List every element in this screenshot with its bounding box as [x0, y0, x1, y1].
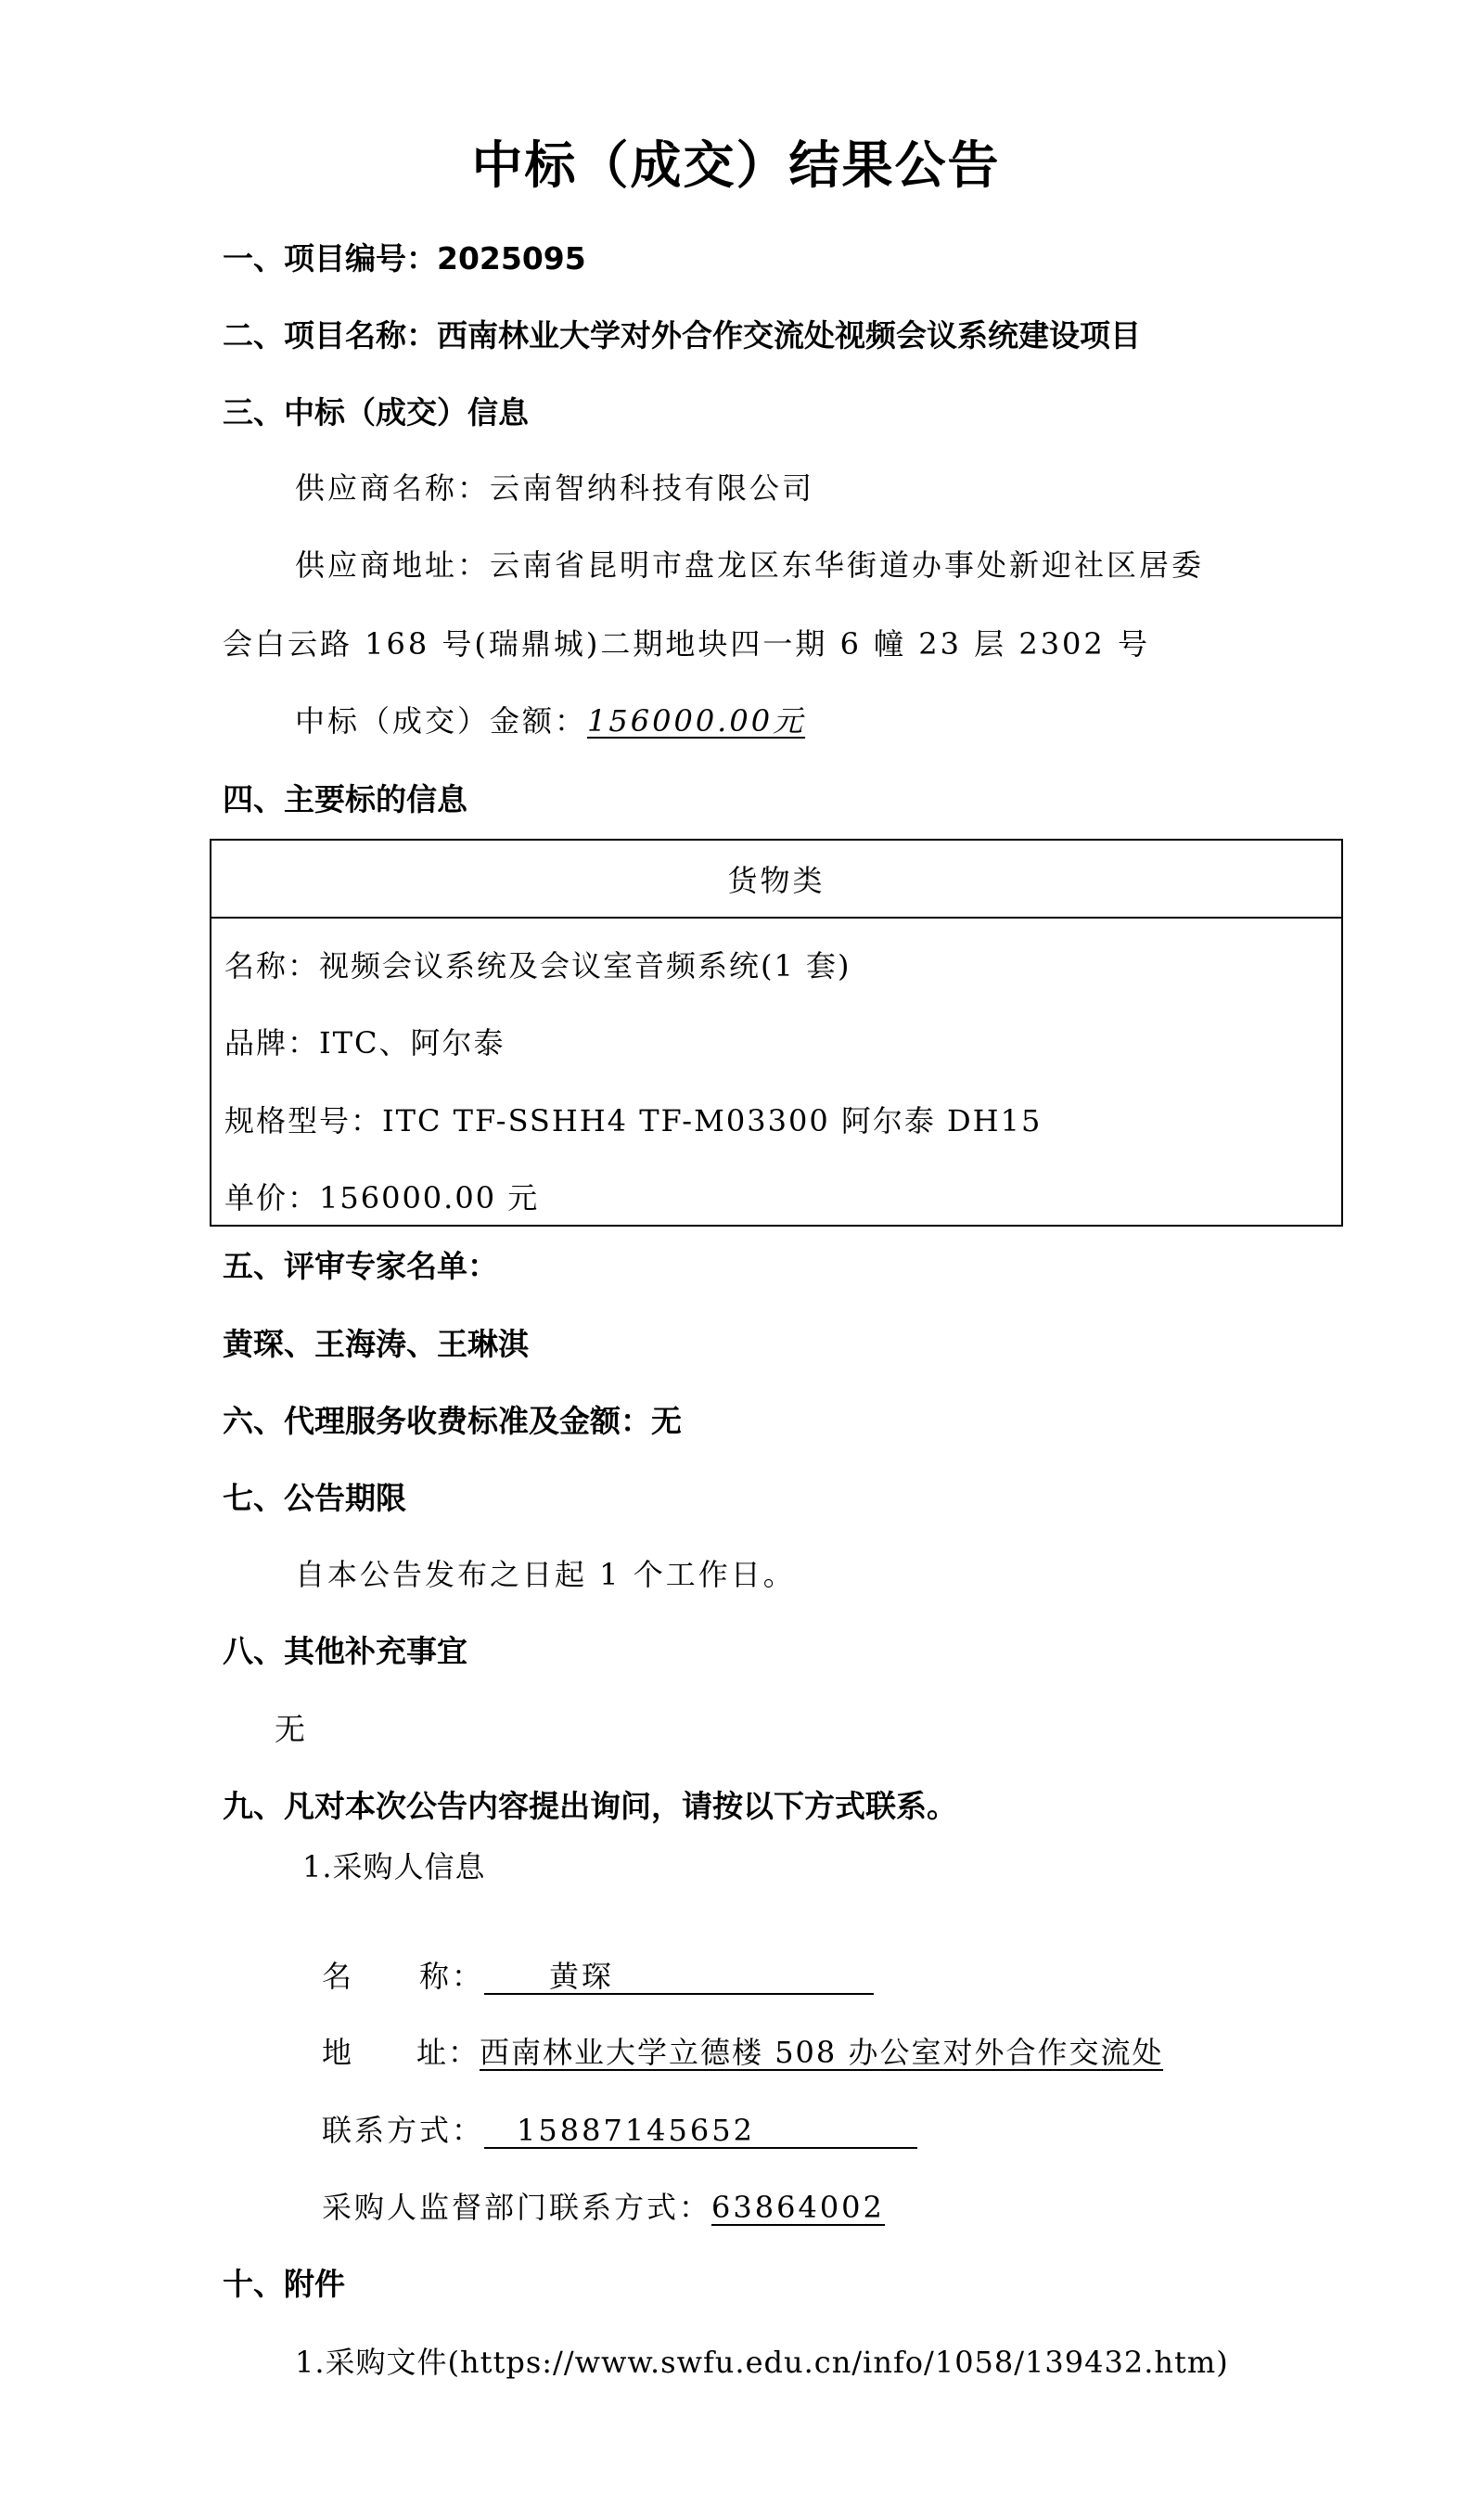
supplier-name: 云南智纳科技有限公司 [490, 470, 814, 506]
purchaser-phone: 15887145652 [484, 2115, 917, 2149]
table-row-name: 名称：视频会议系统及会议室音频系统(1 套) [224, 943, 851, 985]
winning-amount-line: 中标（成交）金额：156000.00元 [295, 706, 805, 736]
section-agency-fee: 六、代理服务收费标准及金额：无 [223, 1406, 682, 1436]
table-row-brand: 品牌：ITC、阿尔泰 [224, 1020, 505, 1062]
section-other-matters: 八、其他补充事宜 [223, 1636, 467, 1666]
winning-amount: 156000.00元 [587, 703, 805, 739]
other-matters-text: 无 [275, 1714, 305, 1744]
experts-list: 黄琛、王海涛、王琳淇 [223, 1329, 529, 1359]
supplier-address: 云南省昆明市盘龙区东华街道办事处新迎社区居委 [490, 547, 1204, 583]
purchaser-address-label: 地 址： [322, 2035, 480, 2070]
table-row-model: 规格型号：ITC TF-SSHH4 TF-M03300 阿尔泰 DH15 [224, 1098, 1042, 1140]
purchaser-phone-label: 联系方式： [322, 2113, 484, 2148]
section-subject-info: 四、主要标的信息 [223, 784, 467, 815]
supplier-name-line: 供应商名称：云南智纳科技有限公司 [295, 473, 814, 503]
purchaser-name: 黄琛 [484, 1961, 874, 1995]
notice-period-text: 自本公告发布之日起 1 个工作日。 [295, 1560, 796, 1589]
amount-label: 中标（成交）金额： [295, 703, 587, 739]
supervision-phone: 63864002 [711, 2192, 885, 2226]
supplier-address-line2: 会白云路 168 号(瑞鼎城)二期地块四一期 6 幢 23 层 2302 号 [223, 629, 1150, 659]
table-header: 货物类 [211, 841, 1341, 919]
subject-table: 货物类 名称：视频会议系统及会议室音频系统(1 套) 品牌：ITC、阿尔泰 规格… [210, 839, 1343, 1227]
section-project-name: 二、项目名称：西南林业大学对外合作交流处视频会议系统建设项目 [223, 320, 1141, 351]
purchaser-info-heading: 1.采购人信息 [302, 1852, 486, 1882]
purchaser-phone-line: 联系方式： 15887145652 [322, 2115, 917, 2149]
section-contact: 九、凡对本次公告内容提出询问，请按以下方式联系。 [223, 1791, 957, 1821]
purchaser-address: 西南林业大学立德楼 508 办公室对外合作交流处 [480, 2038, 1163, 2071]
attachment-link[interactable]: 1.采购文件(https://www.swfu.edu.cn/info/1058… [295, 2347, 1229, 2377]
section-experts: 五、评审专家名单： [223, 1251, 498, 1281]
purchaser-address-line: 地 址： 西南林业大学立德楼 508 办公室对外合作交流处 [322, 2038, 1163, 2071]
section-winner-info: 三、中标（成交）信息 [223, 397, 529, 428]
table-row-price: 单价：156000.00 元 [224, 1175, 539, 1217]
supervision-label: 采购人监督部门联系方式： [322, 2190, 711, 2225]
section-project-number: 一、项目编号：2025095 [223, 243, 586, 274]
purchaser-name-line: 名 称： 黄琛 [322, 1961, 874, 1995]
supplier-address-label: 供应商地址： [295, 547, 490, 583]
purchaser-name-label: 名 称： [322, 1959, 484, 1994]
section-notice-period: 七、公告期限 [223, 1483, 406, 1513]
supplier-address-line1: 供应商地址：云南省昆明市盘龙区东华街道办事处新迎社区居委 [295, 550, 1204, 580]
page-title: 中标（成交）结果公告 [0, 139, 1472, 190]
supervision-contact-line: 采购人监督部门联系方式：63864002 [322, 2192, 885, 2226]
supplier-name-label: 供应商名称： [295, 470, 490, 506]
section-attachments: 十、附件 [223, 2269, 345, 2299]
